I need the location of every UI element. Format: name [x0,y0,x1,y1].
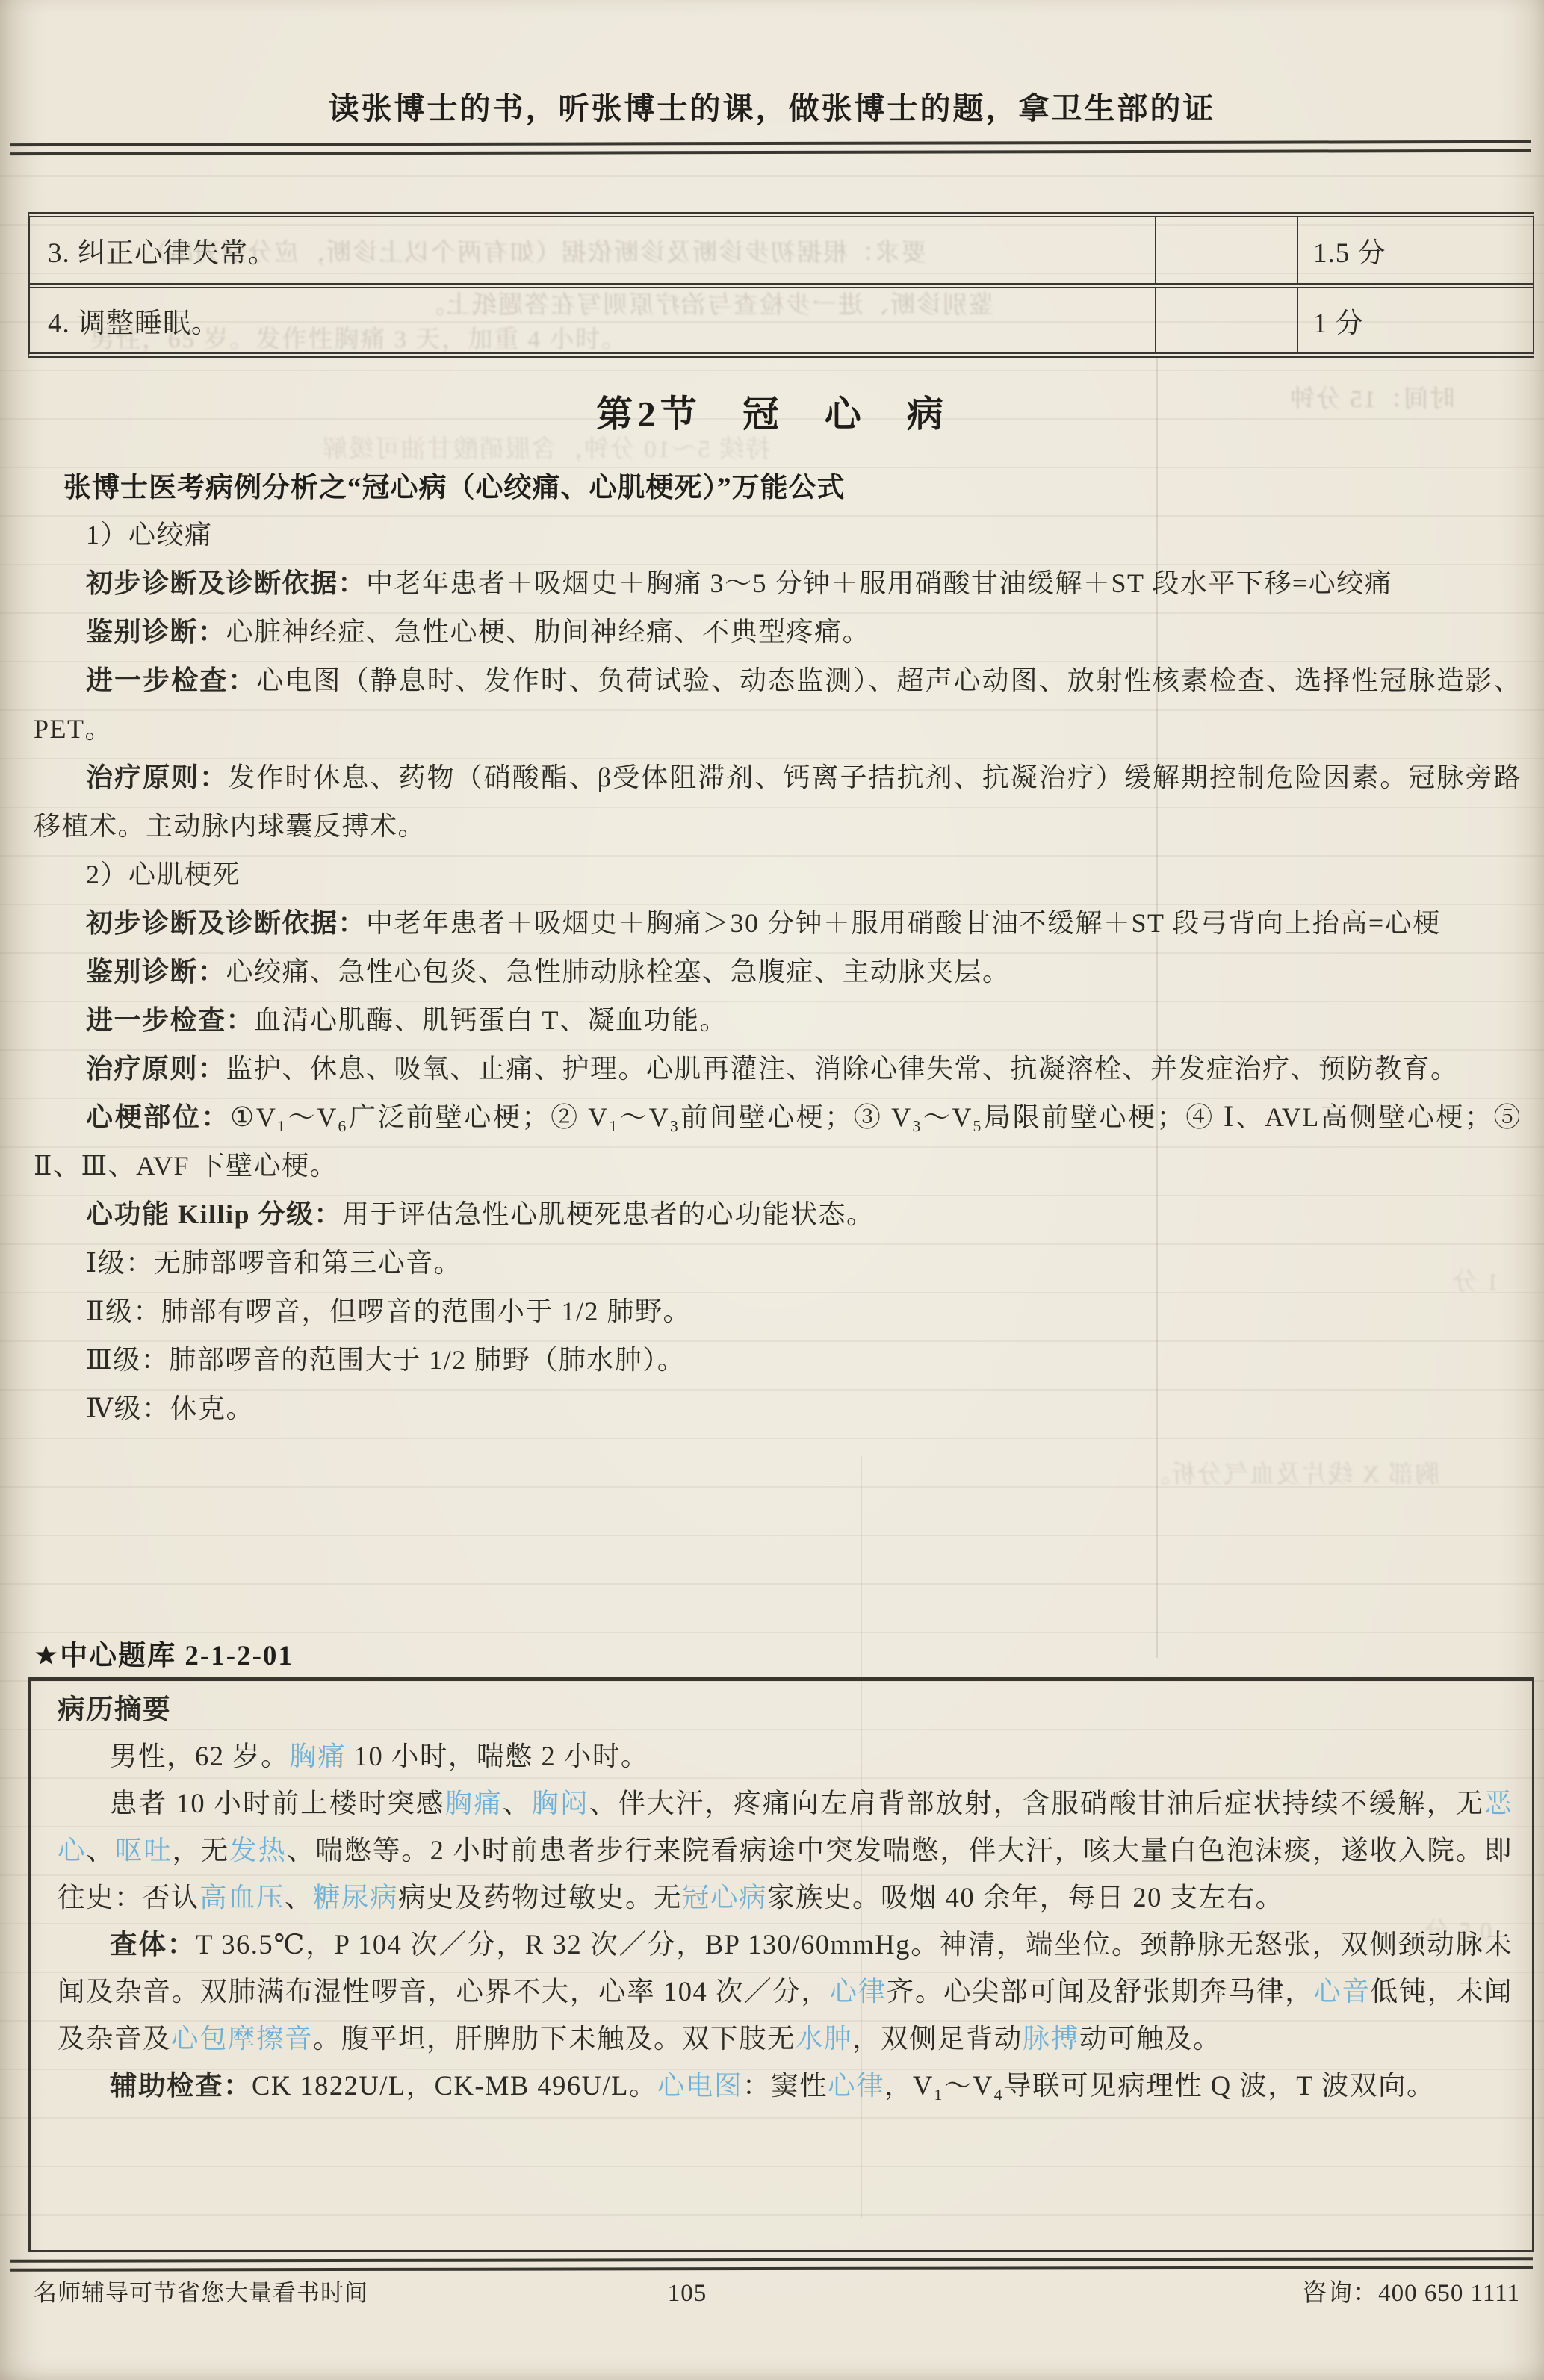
body-text-block: 1）心绞痛 初步诊断及诊断依据：中老年患者＋吸烟史＋胸痛 3～5 分钟＋服用硝酸… [34,511,1522,1433]
body-paragraph: 治疗原则：发作时休息、药物（硝酸酯、β受体阻滞剂、钙离子拮抗剂、抗凝治疗）缓解期… [34,754,1522,851]
body-paragraph: 进一步检查：血清心肌酶、肌钙蛋白 T、凝血功能。 [34,996,1522,1045]
body-paragraph: Ⅱ级：肺部有啰音，但啰音的范围小于 1/2 肺野。 [34,1287,1522,1336]
case-summary-box: 病历摘要 男性，62 岁。胸痛 10 小时，喘憋 2 小时。 患者 10 小时前… [28,1677,1534,2252]
body-paragraph: Ⅰ级：无肺部啰音和第三心音。 [34,1239,1522,1287]
section-subtitle: 张博士医考病例分析之“冠心病（心绞痛、心肌梗死）”万能公式 [34,464,1522,505]
footer-contact: 咨询：400 650 1111 [796,2273,1520,2308]
row-middle-cell [1155,288,1298,352]
footer: 名师辅导可节省您大量看书时间 105 咨询：400 650 1111 [34,2273,1520,2308]
row-label: 4. 调整睡眠。 [30,300,1155,341]
table-row: 3. 纠正心律失常。 1.5 分 [30,217,1533,288]
star-icon: ★ [34,1641,60,1671]
case-summary-content: 病历摘要 男性，62 岁。胸痛 10 小时，喘憋 2 小时。 患者 10 小时前… [31,1681,1532,2109]
scanned-book-page: 要求：根据初步诊断及诊断依据（如有两个以上诊断，应分别列出） 鉴别诊断、进一步检… [0,0,1544,2380]
body-paragraph: 心梗部位：①V₁～V₆广泛前壁心梗；② V₁～V₃前间壁心梗；③ V₃～V₅局限… [34,1093,1522,1190]
body-paragraph: 鉴别诊断：心绞痛、急性心包炎、急性肺动脉栓塞、急腹症、主动脉夹层。 [34,948,1522,996]
case-paragraph: 辅助检查：CK 1822U/L，CK-MB 496U/L。心电图：窦性心律，V₁… [58,2062,1513,2109]
body-paragraph: 2）心肌梗死 [34,851,1522,899]
body-paragraph: Ⅲ级：肺部啰音的范围大于 1/2 肺野（肺水肿）。 [34,1336,1522,1385]
case-paragraph: 查体：T 36.5℃，P 104 次／分，R 32 次／分，BP 130/60m… [58,1921,1513,2062]
body-paragraph: 进一步检查：心电图（静息时、发作时、负荷试验、动态监测）、超声心动图、放射性核素… [34,656,1522,754]
score-table: 3. 纠正心律失常。 1.5 分 4. 调整睡眠。 1 分 [28,212,1534,358]
body-paragraph: 鉴别诊断：心脏神经症、急性心梗、肋间神经痛、不典型疼痛。 [34,608,1522,656]
bleed-through-text: 胸部 X 线片及血气分析。 [1144,1455,1439,1490]
case-paragraph: 患者 10 小时前上楼时突感胸痛、胸闷、伴大汗，疼痛向左肩背部放射，含服硝酸甘油… [58,1780,1513,1921]
row-score: 1.5 分 [1298,230,1533,270]
body-paragraph: 初步诊断及诊断依据：中老年患者＋吸烟史＋胸痛 3～5 分钟＋服用硝酸甘油缓解＋S… [34,559,1522,608]
row-label: 3. 纠正心律失常。 [30,230,1155,270]
page-number: 105 [668,2280,707,2308]
row-score: 1 分 [1298,300,1533,341]
footer-double-rule [10,2257,1533,2272]
header-double-rule [10,140,1531,155]
body-paragraph: 初步诊断及诊断依据：中老年患者＋吸烟史＋胸痛＞30 分钟＋服用硝酸甘油不缓解＋S… [34,899,1522,948]
body-paragraph: 1）心绞痛 [34,511,1522,559]
body-paragraph: 心功能 Killip 分级：用于评估急性心肌梗死患者的心功能状态。 [34,1190,1522,1239]
case-heading: 病历摘要 [58,1685,1513,1733]
question-bank-id: 中心题库 2-1-2-01 [60,1641,294,1671]
row-middle-cell [1155,217,1298,283]
body-paragraph: 治疗原则：监护、休息、吸氧、止痛、护理。心肌再灌注、消除心律失常、抗凝溶栓、并发… [34,1045,1522,1093]
case-paragraph: 男性，62 岁。胸痛 10 小时，喘憋 2 小时。 [58,1733,1513,1780]
footer-slogan: 名师辅导可节省您大量看书时间 [34,2274,757,2308]
header-slogan: 读张博士的书，听张博士的课，做张博士的题，拿卫生部的证 [0,84,1544,128]
section-title: 第2节 冠 心 病 [0,385,1544,438]
table-row: 4. 调整睡眠。 1 分 [30,288,1533,352]
question-bank-tag: ★中心题库 2-1-2-01 [34,1632,294,1673]
body-paragraph: Ⅳ级：休克。 [34,1385,1522,1433]
